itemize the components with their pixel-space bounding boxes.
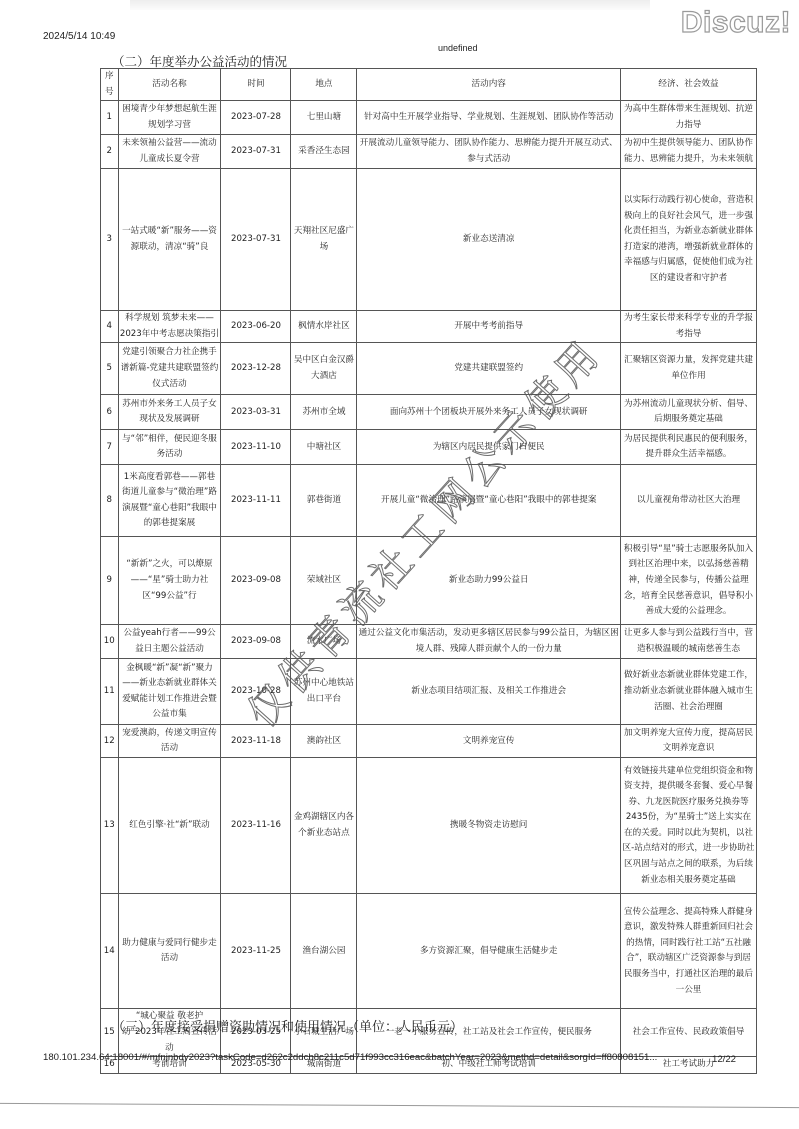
cell-effect: 为居民提供利民惠民的便利服务，提升群众生活幸福感。	[621, 430, 757, 465]
cell-effect: 以儿童视角带动社区大治理	[621, 465, 757, 537]
table-header-row: 序号 活动名称 时间 地点 活动内容 经济、社会效益	[101, 69, 757, 101]
table-row: 5党建引领聚合力社企携手谱新篇-党建共建联盟签约仪式活动2023-12-28吴中…	[101, 343, 757, 395]
cell-name: 宠爱澳韵，传递文明宣传活动	[118, 725, 221, 758]
cell-content: 多方资源汇聚，倡导健康生活健步走	[357, 894, 621, 1009]
cell-name: 困境青少年梦想起航生涯规划学习营	[118, 101, 221, 135]
cell-name: 红色引擎·社“新”联动	[118, 758, 221, 894]
cell-name: 一站式暖“新”服务——资源联动，清凉“骑”良	[118, 169, 221, 311]
cell-date: 2023-09-08	[221, 625, 291, 659]
cell-effect: 以实际行动践行初心使命，营造积极向上的良好社会风气，进一步强化责任担当，为新业态…	[621, 169, 757, 311]
cell-name: 党建引领聚合力社企携手谱新篇-党建共建联盟签约仪式活动	[118, 343, 221, 395]
cell-content: 针对高中生开展学业指导、学业规划、生涯规划、团队协作等活动	[357, 101, 621, 135]
cell-name: “新新”之火，可以燎原——“星”骑士助力社区“99公益”行	[118, 537, 221, 625]
cell-name: 苏州市外来务工人员子女现状及发展调研	[118, 395, 221, 430]
print-datetime: 2024/5/14 10:49	[43, 31, 115, 42]
cell-effect: 为初中生提供领导能力、团队协作能力、思辨能力提升，为未来领航	[621, 135, 757, 169]
cell-effect: 做好新业态新就业群体党建工作，推动新业态新就业群体融入城市生活圈、社会治理圈	[621, 659, 757, 725]
cell-place: 金鸡湖辖区内各个新业态站点	[291, 758, 357, 894]
cell-no: 7	[101, 430, 119, 465]
cell-date: 2023-11-11	[221, 465, 291, 537]
table-row: 9“新新”之火，可以燎原——“星”骑士助力社区“99公益”行2023-09-08…	[101, 537, 757, 625]
cell-content: 开展中考考前指导	[357, 311, 621, 343]
cell-effect: 让更多人参与到公益践行当中，营造积极温暖的城南慈善生态	[621, 625, 757, 659]
table-row: 3一站式暖“新”服务——资源联动，清凉“骑”良2023-07-31天翔社区尼盛广…	[101, 169, 757, 311]
cell-effect: 为考生家长带来科学专业的升学报考指导	[621, 311, 757, 343]
table-row: 1困境青少年梦想起航生涯规划学习营2023-07-28七里山塘针对高中生开展学业…	[101, 101, 757, 135]
cell-no: 13	[101, 758, 119, 894]
table-row: 7与“邻”相伴，便民迎冬服务活动2023-11-10中塘社区为辖区内居民提供家门…	[101, 430, 757, 465]
page-number: 12/22	[712, 1054, 736, 1065]
cell-effect: 为苏州流动儿童现状分析、倡导、后期服务奠定基础	[621, 395, 757, 430]
cell-effect: 社会工作宣传、民政政策倡导	[621, 1009, 757, 1057]
cell-place: 流水广场	[291, 625, 357, 659]
cell-effect: 为高中生群体带来生涯规划、抗逆力指导	[621, 101, 757, 135]
cell-place: 中塘社区	[291, 430, 357, 465]
cell-effect: 汇聚辖区资源力量，发挥党建共建单位作用	[621, 343, 757, 395]
cell-content: 新业态项目结项汇报、及相关工作推进会	[357, 659, 621, 725]
cell-no: 8	[101, 465, 119, 537]
table-row: 13红色引擎·社“新”联动2023-11-16金鸡湖辖区内各个新业态站点携暖冬物…	[101, 758, 757, 894]
scan-artifact	[130, 0, 650, 10]
cell-place: 渔台湖公园	[291, 894, 357, 1009]
cell-place: 苏州市全域	[291, 395, 357, 430]
cell-date: 2023-10-28	[221, 659, 291, 725]
col-header-name: 活动名称	[118, 69, 221, 101]
cell-content: 为辖区内居民提供家门口便民	[357, 430, 621, 465]
section-title-donations: （三）年度接受捐赠资助情况和使用情况（单位：人民币元）	[112, 1016, 463, 1035]
cell-date: 2023-11-10	[221, 430, 291, 465]
cell-no: 10	[101, 625, 119, 659]
cell-effect: 宣传公益理念、提高特殊人群健身意识，激发特殊人群重新回归社会的热情，同时践行社工…	[621, 894, 757, 1009]
col-header-date: 时间	[221, 69, 291, 101]
cell-place: 苏州中心地铁站出口平台	[291, 659, 357, 725]
cell-no: 12	[101, 725, 119, 758]
cell-name: 1米高度看郭巷——郭巷街道儿童参与“微治理”路演展暨“童心巷阳”我眼中的郭巷提案…	[118, 465, 221, 537]
col-header-no: 序号	[101, 69, 119, 101]
cell-date: 2023-07-31	[221, 169, 291, 311]
cell-name: 未来领袖公益营——流动儿童成长夏令营	[118, 135, 221, 169]
cell-no: 9	[101, 537, 119, 625]
cell-date: 2023-03-31	[221, 395, 291, 430]
cell-no: 14	[101, 894, 119, 1009]
cell-effect: 有效链接共建单位党组织资金和物资支持，提供暖冬套餐、爱心早餐券、九龙医院医疗服务…	[621, 758, 757, 894]
cell-place: 吴中区白金汉爵大酒店	[291, 343, 357, 395]
table-row: 14助力健康与爱同行健步走活动2023-11-25渔台湖公园多方资源汇聚，倡导健…	[101, 894, 757, 1009]
cell-content: 开展流动儿童领导能力、团队协作能力、思辨能力提升开展互动式、参与式活动	[357, 135, 621, 169]
cell-date: 2023-11-25	[221, 894, 291, 1009]
cell-no: 3	[101, 169, 119, 311]
table-row: 6苏州市外来务工人员子女现状及发展调研2023-03-31苏州市全域面向苏州十个…	[101, 395, 757, 430]
cell-place: 澳韵社区	[291, 725, 357, 758]
cell-place: 七里山塘	[291, 101, 357, 135]
cell-no: 1	[101, 101, 119, 135]
cell-content: 开展儿童“微治理”路演展暨“童心巷阳”我眼中的郭巷提案	[357, 465, 621, 537]
cell-content: 通过公益文化市集活动，发动更多辖区居民参与99公益日，为辖区困境人群、残障人群贡…	[357, 625, 621, 659]
cell-date: 2023-12-28	[221, 343, 291, 395]
footer-url: 180.101.234.64:18001/#/mfnjnbdy2023?task…	[43, 1052, 657, 1063]
cell-date: 2023-09-08	[221, 537, 291, 625]
cell-place: 荣域社区	[291, 537, 357, 625]
col-header-place: 地点	[291, 69, 357, 101]
cell-effect: 加文明养宠大宣传力度，提高居民文明养宠意识	[621, 725, 757, 758]
cell-content: 党建共建联盟签约	[357, 343, 621, 395]
cell-content: 携暖冬物资走访慰问	[357, 758, 621, 894]
page-header-title: undefined	[438, 43, 478, 53]
cell-name: 金枫暖“新”凝“新”聚力——新业态新就业群体关爱赋能计划工作推进会暨公益市集	[118, 659, 221, 725]
site-logo: Discuz!	[681, 6, 791, 40]
cell-place: 采香泾生态园	[291, 135, 357, 169]
cell-content: 文明养宠宣传	[357, 725, 621, 758]
cell-date: 2023-07-31	[221, 135, 291, 169]
cell-place: 枫情水岸社区	[291, 311, 357, 343]
cell-date: 2023-06-20	[221, 311, 291, 343]
cell-date: 2023-07-28	[221, 101, 291, 135]
cell-content: 新业态送清凉	[357, 169, 621, 311]
cell-place: 郭巷街道	[291, 465, 357, 537]
table-row: 81米高度看郭巷——郭巷街道儿童参与“微治理”路演展暨“童心巷阳”我眼中的郭巷提…	[101, 465, 757, 537]
cell-no: 5	[101, 343, 119, 395]
cell-place: 天翔社区尼盛广场	[291, 169, 357, 311]
table-row: 11金枫暖“新”凝“新”聚力——新业态新就业群体关爱赋能计划工作推进会暨公益市集…	[101, 659, 757, 725]
cell-date: 2023-11-16	[221, 758, 291, 894]
table-row: 12宠爱澳韵，传递文明宣传活动2023-11-18澳韵社区文明养宠宣传加文明养宠…	[101, 725, 757, 758]
cell-name: 与“邻”相伴，便民迎冬服务活动	[118, 430, 221, 465]
cell-effect: 积极引导“星”骑士志愿服务队加入到社区治理中来，以弘扬慈善精神，传递全民参与，传…	[621, 537, 757, 625]
page-divider	[0, 1103, 799, 1108]
table-row: 4科学规划 筑梦未来——2023年中考志愿决策指引2023-06-20枫情水岸社…	[101, 311, 757, 343]
cell-name: 助力健康与爱同行健步走活动	[118, 894, 221, 1009]
table-row: 2未来领袖公益营——流动儿童成长夏令营2023-07-31采香泾生态园开展流动儿…	[101, 135, 757, 169]
table-row: 10公益yeah行者——99公益日主题公益活动2023-09-08流水广场通过公…	[101, 625, 757, 659]
cell-name: 公益yeah行者——99公益日主题公益活动	[118, 625, 221, 659]
cell-no: 4	[101, 311, 119, 343]
cell-no: 2	[101, 135, 119, 169]
cell-content: 新业态助力99公益日	[357, 537, 621, 625]
cell-content: 面向苏州十个团板块开展外来务工人员子女现状调研	[357, 395, 621, 430]
activities-table: 序号 活动名称 时间 地点 活动内容 经济、社会效益 1困境青少年梦想起航生涯规…	[100, 68, 757, 1074]
col-header-effect: 经济、社会效益	[621, 69, 757, 101]
cell-no: 11	[101, 659, 119, 725]
cell-name: 科学规划 筑梦未来——2023年中考志愿决策指引	[118, 311, 221, 343]
cell-no: 6	[101, 395, 119, 430]
col-header-content: 活动内容	[357, 69, 621, 101]
cell-date: 2023-11-18	[221, 725, 291, 758]
